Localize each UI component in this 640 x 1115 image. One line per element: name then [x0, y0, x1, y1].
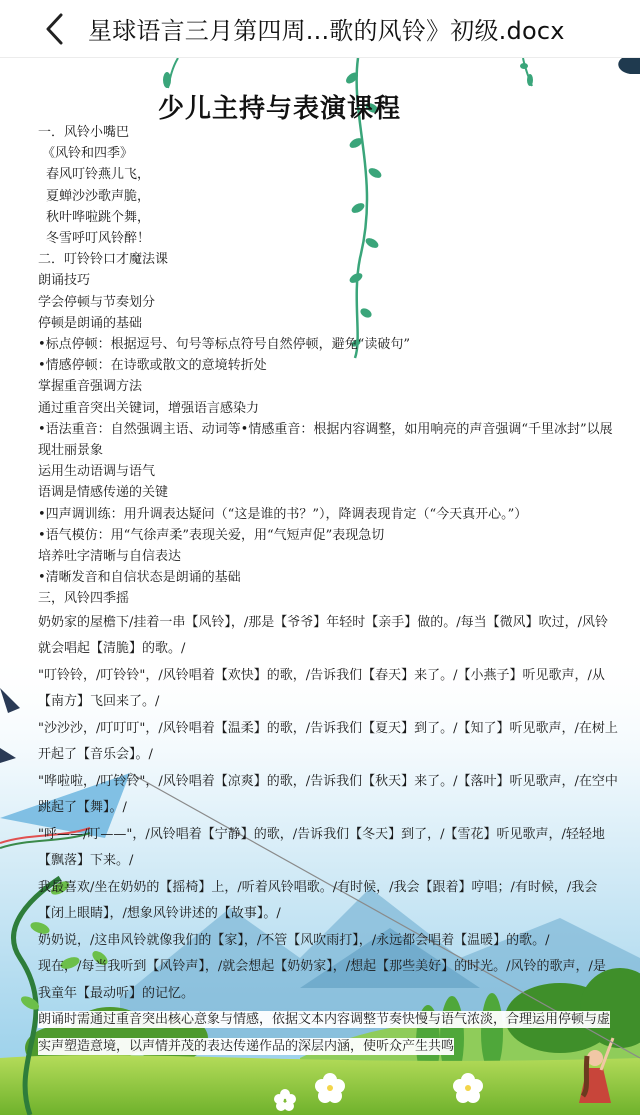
text-line: 通过重音突出关键词，增强语言感染力 [38, 398, 618, 419]
story-paragraph: 奶奶说，/这串风铃就像我们的【家】，/不管【风吹雨打】，/永远都会唱着【温暖】的… [38, 928, 618, 955]
poem-line: 春风叮铃燕儿飞， [38, 164, 618, 185]
text-line: 掌握重音强调方法 [38, 376, 618, 397]
poem-title: 《风铃和四季》 [38, 143, 618, 164]
bullet-paragraph: •语法重音：自然强调主语、动词等•情感重音：根据内容调整，如用响亮的声音强调“千… [38, 419, 618, 461]
story-paragraph: "沙沙沙，/叮叮叮"，/风铃唱着【温柔】的歌，/告诉我们【夏天】到了。/【知了】… [38, 716, 618, 769]
poem-line: 秋叶哗啦跳个舞， [38, 207, 618, 228]
document-heading: 少儿主持与表演课程 [158, 88, 401, 125]
top-bar: 星球语言三月第四周...歌的风铃》初级.docx [0, 0, 640, 58]
story-paragraph: "叮铃铃，/叮铃铃"，/风铃唱着【欢快】的歌，/告诉我们【春天】来了。/【小燕子… [38, 663, 618, 716]
story-paragraph: 现在，/每当我听到【风铃声】，/就会想起【奶奶家】，/想起【那些美好】的时光。/… [38, 954, 618, 1007]
story-paragraph: 奶奶家的屋檐下/挂着一串【风铃】，/那是【爷爷】年轻时【亲手】做的。/每当【微风… [38, 610, 618, 663]
document-page[interactable]: 少儿主持与表演课程 一．风铃小嘴巴 《风铃和四季》 春风叮铃燕儿飞， 夏蝉沙沙歌… [0, 58, 640, 1115]
bullet-line: •情感停顿：在诗歌或散文的意境转折处 [38, 355, 618, 376]
poem-line: 夏蝉沙沙歌声脆， [38, 186, 618, 207]
section-3-title: 三，风铃四季摇 [38, 588, 618, 609]
bullet-line: •标点停顿：根据逗号、句号等标点符号自然停顿，避免“读破句” [38, 334, 618, 355]
poem-line: 冬雪呼叮风铃醉！ [38, 228, 618, 249]
text-line: 停顿是朗诵的基础 [38, 313, 618, 334]
text-line: 运用生动语调与语气 [38, 461, 618, 482]
summary-paragraph: 朗诵时需通过重音突出核心意象与情感，依据文本内容调整节奏快慢与语气浓淡，合理运用… [38, 1007, 618, 1060]
story-paragraph: "呼——/叮——"，/风铃唱着【宁静】的歌，/告诉我们【冬天】到了，/【雪花】听… [38, 822, 618, 875]
summary-highlight: 朗诵时需通过重音突出核心意象与情感，依据文本内容调整节奏快慢与语气浓淡，合理运用… [38, 1011, 610, 1055]
story-paragraph: 我最喜欢/坐在奶奶的【摇椅】上，/听着风铃唱歌。/有时候，/我会【跟着】哼唱；/… [38, 875, 618, 928]
bullet-line: •四声调训练：用升调表达疑问（“这是谁的书？”），降调表现肯定（“今天真开心。”… [38, 504, 618, 525]
bullet-line: •清晰发音和自信状态是朗诵的基础 [38, 567, 618, 588]
text-line: 朗诵技巧 [38, 270, 618, 291]
text-line: 培养吐字清晰与自信表达 [38, 546, 618, 567]
text-line: 语调是情感传递的关键 [38, 482, 618, 503]
document-title: 星球语言三月第四周...歌的风铃》初级.docx [88, 11, 565, 46]
section-1-title: 一．风铃小嘴巴 [38, 122, 618, 143]
document-body: 一．风铃小嘴巴 《风铃和四季》 春风叮铃燕儿飞， 夏蝉沙沙歌声脆， 秋叶哗啦跳个… [38, 122, 618, 1060]
bullet-line: •语气模仿：用“气徐声柔”表现关爱，用“气短声促”表现急切 [38, 525, 618, 546]
text-line: 学会停顿与节奏划分 [38, 292, 618, 313]
story-paragraph: "哗啦啦，/叮铃铃"，/风铃唱着【凉爽】的歌，/告诉我们【秋天】来了。/【落叶】… [38, 769, 618, 822]
back-button[interactable] [34, 9, 74, 49]
chevron-left-icon [43, 12, 65, 46]
section-2-title: 二．叮铃铃口才魔法课 [38, 249, 618, 270]
